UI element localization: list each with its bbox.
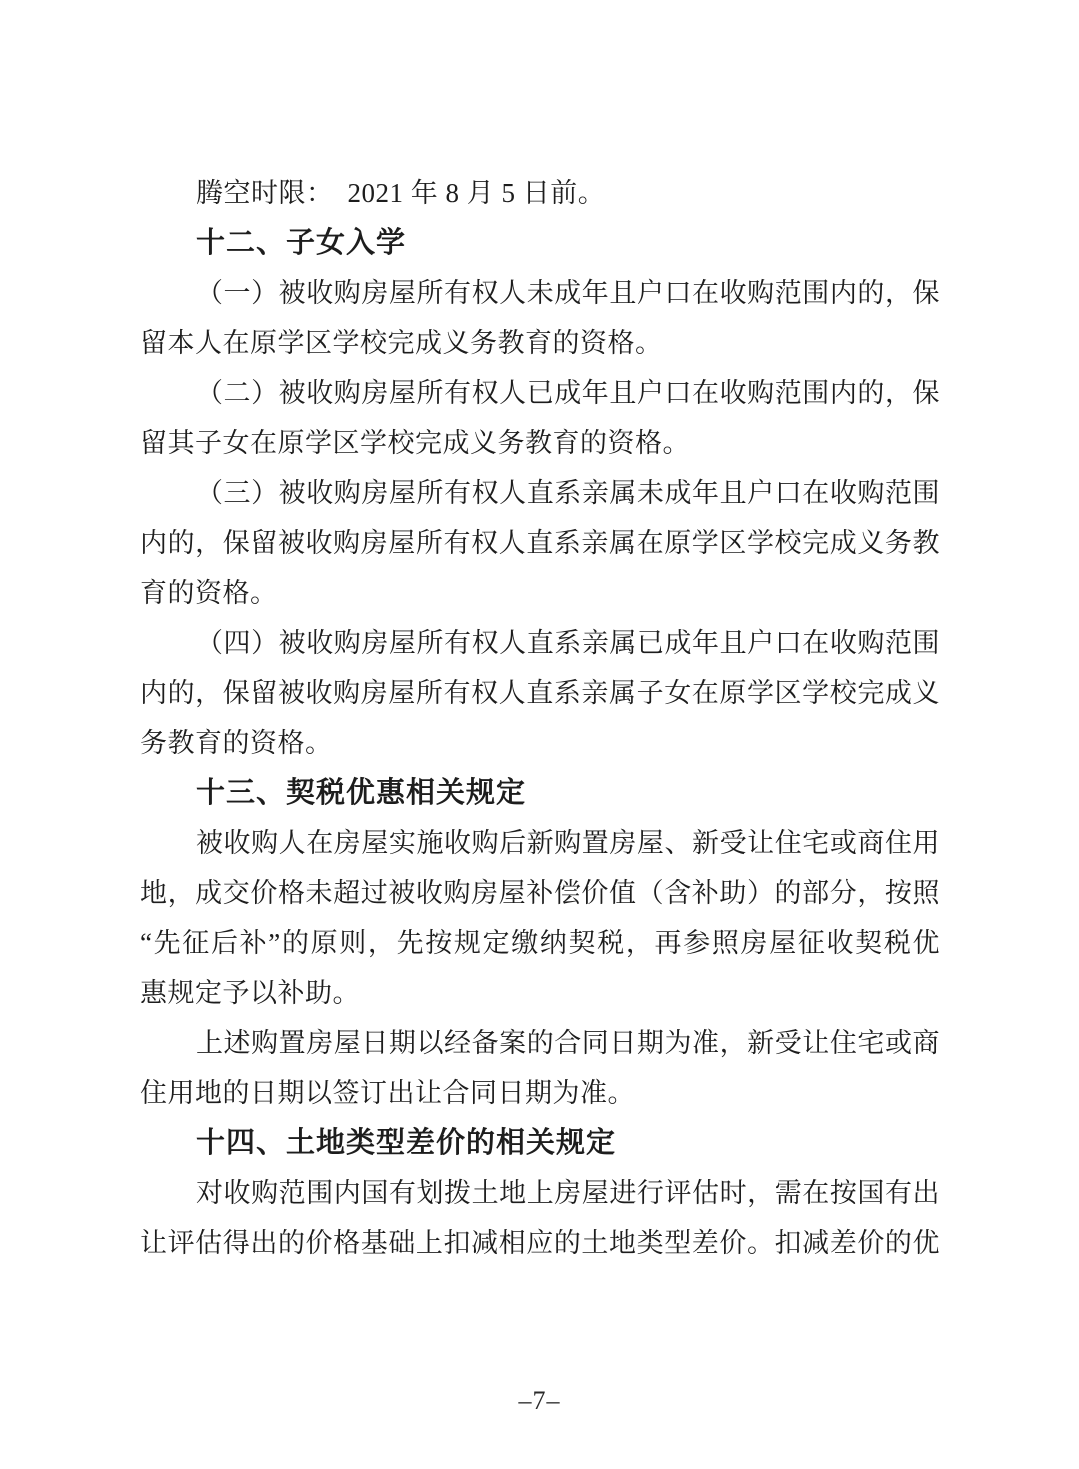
section-heading: 十四、土地类型差价的相关规定 xyxy=(140,1118,940,1168)
document-page: 腾空时限： 2021 年 8 月 5 日前。十二、子女入学（一）被收购房屋所有权… xyxy=(0,0,1079,1469)
text-line: 内的，保留被收购房屋所有权人直系亲属在原学区学校完成义务教 xyxy=(140,518,940,568)
text-line: 务教育的资格。 xyxy=(140,718,940,768)
text-line: 住用地的日期以签订出让合同日期为准。 xyxy=(140,1068,940,1118)
page-number: –7– xyxy=(0,1386,1079,1416)
text-line: 腾空时限： 2021 年 8 月 5 日前。 xyxy=(140,168,940,218)
text-line: “先征后补”的原则，先按规定缴纳契税，再参照房屋征收契税优 xyxy=(140,918,940,968)
section-heading: 十二、子女入学 xyxy=(140,218,940,268)
text-line: 留其子女在原学区学校完成义务教育的资格。 xyxy=(140,418,940,468)
text-line: （四）被收购房屋所有权人直系亲属已成年且户口在收购范围 xyxy=(140,618,940,668)
text-line: 地，成交价格未超过被收购房屋补偿价值（含补助）的部分，按照 xyxy=(140,868,940,918)
section-heading: 十三、契税优惠相关规定 xyxy=(140,768,940,818)
text-block: 腾空时限： 2021 年 8 月 5 日前。十二、子女入学（一）被收购房屋所有权… xyxy=(140,168,940,1268)
text-line: 上述购置房屋日期以经备案的合同日期为准，新受让住宅或商 xyxy=(140,1018,940,1068)
text-line: 内的，保留被收购房屋所有权人直系亲属子女在原学区学校完成义 xyxy=(140,668,940,718)
text-line: 留本人在原学区学校完成义务教育的资格。 xyxy=(140,318,940,368)
text-line: （三）被收购房屋所有权人直系亲属未成年且户口在收购范围 xyxy=(140,468,940,518)
text-line: 惠规定予以补助。 xyxy=(140,968,940,1018)
text-line: （一）被收购房屋所有权人未成年且户口在收购范围内的，保 xyxy=(140,268,940,318)
text-line: （二）被收购房屋所有权人已成年且户口在收购范围内的，保 xyxy=(140,368,940,418)
text-line: 让评估得出的价格基础上扣减相应的土地类型差价。扣减差价的优 xyxy=(140,1218,940,1268)
text-line: 被收购人在房屋实施收购后新购置房屋、新受让住宅或商住用 xyxy=(140,818,940,868)
text-line: 育的资格。 xyxy=(140,568,940,618)
text-line: 对收购范围内国有划拨土地上房屋进行评估时，需在按国有出 xyxy=(140,1168,940,1218)
